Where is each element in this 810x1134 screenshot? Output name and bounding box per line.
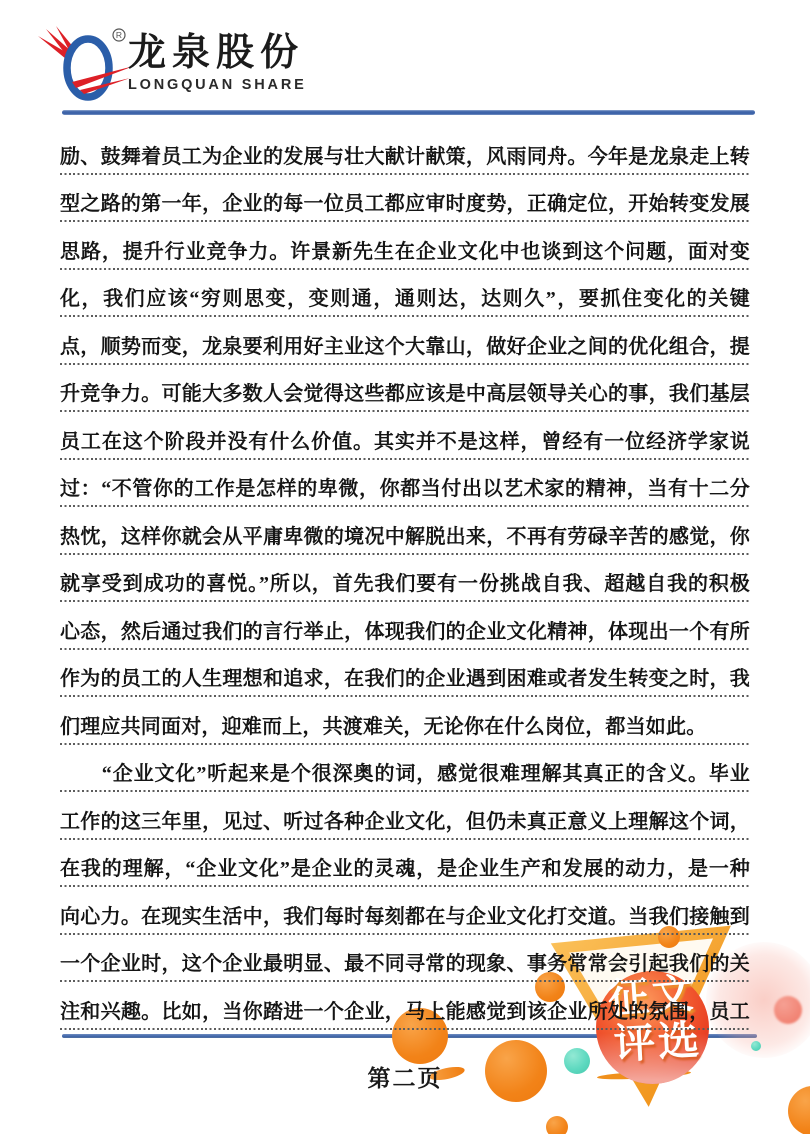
text-line-content: 升竞争力。可能大多数人会觉得这些都应该是中高层领导关心的事，我们基层 <box>60 382 750 406</box>
text-line-content: 向心力。在现实生活中，我们每时每刻都在与企业文化打交道。当我们接触到 <box>60 905 750 929</box>
text-line: 心态，然后通过我们的言行举止，体现我们的企业文化精神，体现出一个有所 <box>60 602 750 650</box>
text-line: 员工在这个阶段并没有什么价值。其实并不是这样，曾经有一位经济学家说 <box>60 412 750 460</box>
letterhead-brand: 龙泉股份 LONGQUAN SHARE <box>128 34 307 93</box>
brand-name-cn: 龙泉股份 <box>128 34 307 74</box>
text-line-content: 励、鼓舞着员工为企业的发展与壮大献计献策，风雨同舟。今年是龙泉走上转 <box>60 145 750 169</box>
text-line-content: 在我的理解，“企业文化”是企业的灵魂，是企业生产和发展的动力，是一种 <box>60 857 750 881</box>
text-line-content: 作为的员工的人生理想和追求，在我们的企业遇到困难或者发生转变之时，我 <box>60 667 750 691</box>
page-number-label: 第二页 <box>368 1066 443 1091</box>
text-line: 在我的理解，“企业文化”是企业的灵魂，是企业生产和发展的动力，是一种 <box>60 840 750 888</box>
brand-name-en: LONGQUAN SHARE <box>128 77 307 93</box>
text-line: 化，我们应该“穷则思变，变则通，通则达，达则久”，要抓住变化的关键 <box>60 270 750 318</box>
page-footer: 第二页 <box>0 1060 810 1093</box>
text-line-content: 们理应共同面对，迎难而上，共渡难关，无论你在什么岗位，都当如此。 <box>60 715 750 739</box>
document-page: R 龙泉股份 LONGQUAN SHARE 征文 评选 <box>0 0 810 1134</box>
text-line-content: “企业文化”听起来是个很深奥的词，感觉很难理解其真正的含义。毕业 <box>60 762 750 786</box>
text-line: 注和兴趣。比如，当你踏进一个企业，马上能感觉到该企业所处的氛围，员工 <box>60 982 750 1030</box>
text-line: 作为的员工的人生理想和追求，在我们的企业遇到困难或者发生转变之时，我 <box>60 650 750 698</box>
salmon-circle-decoration <box>774 996 802 1024</box>
text-line-content: 一个企业时，这个企业最明显、最不同寻常的现象、事务常常会引起我们的关 <box>60 952 750 976</box>
registered-trademark-icon: R <box>113 29 125 41</box>
text-line: 励、鼓舞着员工为企业的发展与壮大献计献策，风雨同舟。今年是龙泉走上转 <box>60 127 750 175</box>
text-line-content: 工作的这三年里，见过、听过各种企业文化，但仍未真正意义上理解这个词， <box>60 810 750 834</box>
svg-text:R: R <box>116 30 122 40</box>
text-line: 们理应共同面对，迎难而上，共渡难关，无论你在什么岗位，都当如此。 <box>60 697 750 745</box>
header-rule <box>62 110 755 115</box>
text-line-content: 化，我们应该“穷则思变，变则通，通则达，达则久”，要抓住变化的关键 <box>60 287 750 311</box>
longquan-logo-icon: R <box>38 26 138 108</box>
text-line-content: 心态，然后通过我们的言行举止，体现我们的企业文化精神，体现出一个有所 <box>60 620 750 644</box>
orange-circle-decoration <box>788 1086 810 1134</box>
text-line: “企业文化”听起来是个很深奥的词，感觉很难理解其真正的含义。毕业 <box>60 745 750 793</box>
footer-rule <box>62 1034 757 1038</box>
text-line-content: 注和兴趣。比如，当你踏进一个企业，马上能感觉到该企业所处的氛围，员工 <box>60 1000 750 1024</box>
text-line-content: 型之路的第一年，企业的每一位员工都应审时度势，正确定位，开始转变发展 <box>60 192 750 216</box>
text-line: 热忱，这样你就会从平庸卑微的境况中解脱出来，不再有劳碌辛苦的感觉，你 <box>60 507 750 555</box>
text-line: 就享受到成功的喜悦。”所以，首先我们要有一份挑战自我、超越自我的积极 <box>60 555 750 603</box>
text-line: 工作的这三年里，见过、听过各种企业文化，但仍未真正意义上理解这个词， <box>60 792 750 840</box>
text-line: 过：“不管你的工作是怎样的卑微，你都当付出以艺术家的精神，当有十二分 <box>60 460 750 508</box>
text-line: 向心力。在现实生活中，我们每时每刻都在与企业文化打交道。当我们接触到 <box>60 887 750 935</box>
text-line-content: 热忱，这样你就会从平庸卑微的境况中解脱出来，不再有劳碌辛苦的感觉，你 <box>60 525 750 549</box>
text-line-content: 员工在这个阶段并没有什么价值。其实并不是这样，曾经有一位经济学家说 <box>60 430 750 454</box>
text-line: 点，顺势而变，龙泉要利用好主业这个大靠山，做好企业之间的优化组合，提 <box>60 317 750 365</box>
text-line-content: 思路，提升行业竞争力。许景新先生在企业文化中也谈到这个问题，面对变 <box>60 240 750 264</box>
essay-text: 励、鼓舞着员工为企业的发展与壮大献计献策，风雨同舟。今年是龙泉走上转 型之路的第… <box>60 127 750 1030</box>
text-line-content: 过：“不管你的工作是怎样的卑微，你都当付出以艺术家的精神，当有十二分 <box>60 477 750 501</box>
text-line: 升竞争力。可能大多数人会觉得这些都应该是中高层领导关心的事，我们基层 <box>60 365 750 413</box>
text-line: 思路，提升行业竞争力。许景新先生在企业文化中也谈到这个问题，面对变 <box>60 222 750 270</box>
text-line-content: 点，顺势而变，龙泉要利用好主业这个大靠山，做好企业之间的优化组合，提 <box>60 335 750 359</box>
text-line: 一个企业时，这个企业最明显、最不同寻常的现象、事务常常会引起我们的关 <box>60 935 750 983</box>
orange-dot-decoration <box>546 1116 568 1134</box>
text-line: 型之路的第一年，企业的每一位员工都应审时度势，正确定位，开始转变发展 <box>60 175 750 223</box>
text-line-content: 就享受到成功的喜悦。”所以，首先我们要有一份挑战自我、超越自我的积极 <box>60 572 750 596</box>
teal-dot-decoration <box>751 1041 761 1051</box>
